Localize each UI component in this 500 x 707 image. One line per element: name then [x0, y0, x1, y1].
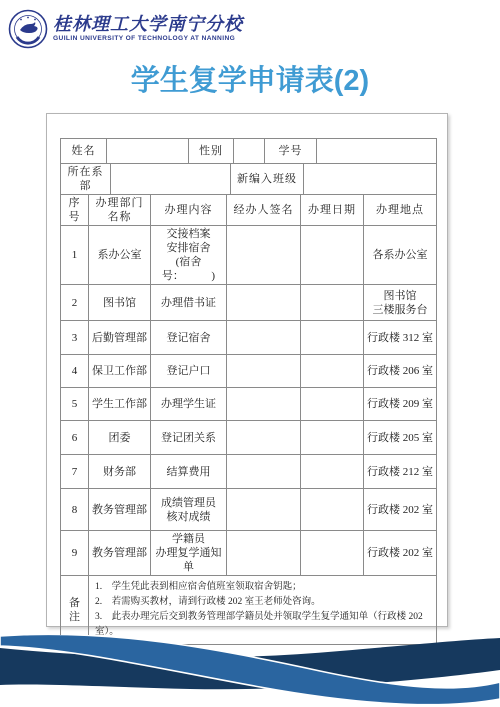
- info-row-name: 姓名 性别 学号: [61, 139, 437, 164]
- gender-value-cell: [234, 139, 265, 164]
- table-row: 6 团委 登记团关系 行政楼 205 室: [61, 421, 437, 455]
- col-header-content: 办理内容: [151, 195, 227, 226]
- student-id-label: 学号: [265, 139, 317, 164]
- row-no: 8: [61, 489, 89, 531]
- row-date-cell: [301, 531, 364, 576]
- row-no: 3: [61, 321, 89, 355]
- col-header-no: 序号: [61, 195, 89, 226]
- row-location: 行政楼 312 室: [364, 321, 437, 355]
- row-content: 登记团关系: [151, 421, 227, 455]
- col-header-signature: 经办人签名: [227, 195, 301, 226]
- student-id-value-cell: [317, 139, 437, 164]
- row-date-cell: [301, 421, 364, 455]
- row-signature-cell: [227, 226, 301, 285]
- row-no: 7: [61, 455, 89, 489]
- row-content: 学籍员 办理复学通知单: [151, 531, 227, 576]
- university-seal-icon: [8, 9, 48, 49]
- row-content: 成绩管理员 核对成绩: [151, 489, 227, 531]
- row-date-cell: [301, 355, 364, 388]
- info-row-department: 所在系部 新编入班级: [61, 164, 437, 195]
- row-content: 登记宿舍: [151, 321, 227, 355]
- row-dept: 团委: [89, 421, 151, 455]
- row-location: 行政楼 206 室: [364, 355, 437, 388]
- row-dept: 财务部: [89, 455, 151, 489]
- page-title: 学生复学申请表(2): [0, 58, 500, 99]
- row-dept: 教务管理部: [89, 531, 151, 576]
- university-name-en: GUILIN UNIVERSITY OF TECHNOLOGY AT NANNI…: [53, 34, 243, 44]
- name-value-cell: [107, 139, 189, 164]
- page: { "header": { "university_cn": "桂林理工大学南宁…: [0, 0, 500, 707]
- col-header-dept: 办理部门名称: [89, 195, 151, 226]
- row-location: 行政楼 205 室: [364, 421, 437, 455]
- row-signature-cell: [227, 489, 301, 531]
- department-value-cell: [111, 164, 231, 195]
- row-date-cell: [301, 226, 364, 285]
- col-header-location: 办理地点: [364, 195, 437, 226]
- table-row: 9 教务管理部 学籍员 办理复学通知单 行政楼 202 室: [61, 531, 437, 576]
- col-header-date: 办理日期: [301, 195, 364, 226]
- table-header-row: 序号 办理部门名称 办理内容 经办人签名 办理日期 办理地点: [61, 195, 437, 226]
- table-row: 5 学生工作部 办理学生证 行政楼 209 室: [61, 388, 437, 421]
- row-signature-cell: [227, 388, 301, 421]
- note-item: 1. 学生凭此表到相应宿舍值班室领取宿舍钥匙；: [95, 580, 430, 595]
- form-sheet: 姓名 性别 学号 所在系部 新编入班级 序号 办理部门名称: [46, 113, 448, 627]
- row-dept: 学生工作部: [89, 388, 151, 421]
- university-name-cn: 桂林理工大学南宁分校: [53, 14, 243, 34]
- footer-wave-decoration: [0, 635, 500, 707]
- process-table: 序号 办理部门名称 办理内容 经办人签名 办理日期 办理地点 1 系办公室 交接…: [60, 194, 437, 645]
- row-date-cell: [301, 388, 364, 421]
- row-no: 6: [61, 421, 89, 455]
- table-row: 1 系办公室 交接档案 安排宿舍 (宿舍号： ) 各系办公室: [61, 226, 437, 285]
- row-date-cell: [301, 489, 364, 531]
- row-location: 行政楼 212 室: [364, 455, 437, 489]
- row-no: 4: [61, 355, 89, 388]
- row-dept: 保卫工作部: [89, 355, 151, 388]
- note-item: 2. 若需购买教材，请到行政楼 202 室王老师处咨询。: [95, 595, 430, 610]
- row-dept: 教务管理部: [89, 489, 151, 531]
- new-class-label: 新编入班级: [231, 164, 304, 195]
- table-row: 3 后勤管理部 登记宿舍 行政楼 312 室: [61, 321, 437, 355]
- row-signature-cell: [227, 321, 301, 355]
- info-table-a: 姓名 性别 学号: [60, 138, 437, 164]
- row-signature-cell: [227, 531, 301, 576]
- new-class-value-cell: [304, 164, 437, 195]
- name-label: 姓名: [61, 139, 107, 164]
- university-brand: 桂林理工大学南宁分校 GUILIN UNIVERSITY OF TECHNOLO…: [8, 9, 243, 49]
- table-row: 2 图书馆 办理借书证 图书馆 三楼服务台: [61, 285, 437, 321]
- row-signature-cell: [227, 285, 301, 321]
- row-signature-cell: [227, 355, 301, 388]
- row-location: 各系办公室: [364, 226, 437, 285]
- row-content: 办理学生证: [151, 388, 227, 421]
- row-location: 行政楼 202 室: [364, 531, 437, 576]
- table-row: 8 教务管理部 成绩管理员 核对成绩 行政楼 202 室: [61, 489, 437, 531]
- department-label: 所在系部: [61, 164, 111, 195]
- row-no: 2: [61, 285, 89, 321]
- row-date-cell: [301, 321, 364, 355]
- row-signature-cell: [227, 455, 301, 489]
- row-signature-cell: [227, 421, 301, 455]
- row-content: 办理借书证: [151, 285, 227, 321]
- row-location: 行政楼 202 室: [364, 489, 437, 531]
- row-dept: 图书馆: [89, 285, 151, 321]
- row-content: 结算费用: [151, 455, 227, 489]
- row-date-cell: [301, 285, 364, 321]
- row-content: 交接档案 安排宿舍 (宿舍号： ): [151, 226, 227, 285]
- row-no: 1: [61, 226, 89, 285]
- row-dept: 系办公室: [89, 226, 151, 285]
- table-row: 7 财务部 结算费用 行政楼 212 室: [61, 455, 437, 489]
- info-table-b: 所在系部 新编入班级: [60, 163, 437, 195]
- row-location: 行政楼 209 室: [364, 388, 437, 421]
- row-no: 9: [61, 531, 89, 576]
- table-row: 4 保卫工作部 登记户口 行政楼 206 室: [61, 355, 437, 388]
- row-date-cell: [301, 455, 364, 489]
- gender-label: 性别: [189, 139, 234, 164]
- row-content: 登记户口: [151, 355, 227, 388]
- row-no: 5: [61, 388, 89, 421]
- row-dept: 后勤管理部: [89, 321, 151, 355]
- row-location: 图书馆 三楼服务台: [364, 285, 437, 321]
